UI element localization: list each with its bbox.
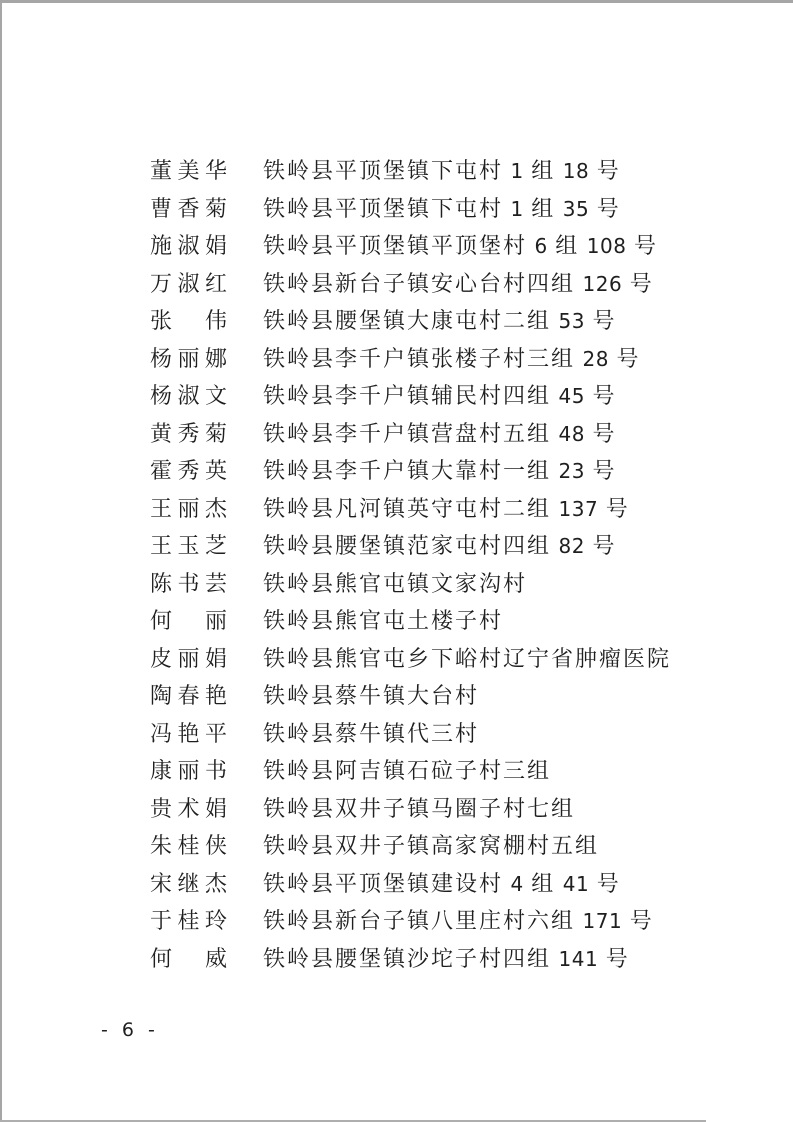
address-row: 皮丽娟铁岭县熊官屯乡下峪村辽宁省肿瘤医院	[150, 639, 710, 677]
address-row: 张 伟铁岭县腰堡镇大康屯村二组 53 号	[150, 301, 710, 339]
person-address: 铁岭县阿吉镇石砬子村三组	[263, 754, 551, 785]
person-name: 霍秀英	[150, 454, 263, 485]
person-name: 何 丽	[150, 604, 263, 635]
address-row: 冯艳平铁岭县蔡牛镇代三村	[150, 714, 710, 752]
person-address: 铁岭县蔡牛镇代三村	[263, 717, 479, 748]
address-row: 何 丽铁岭县熊官屯土楼子村	[150, 601, 710, 639]
address-row: 陈书芸铁岭县熊官屯镇文家沟村	[150, 564, 710, 602]
person-name: 杨淑文	[150, 379, 263, 410]
address-row: 霍秀英铁岭县李千户镇大靠村一组 23 号	[150, 451, 710, 489]
person-name: 万淑红	[150, 267, 263, 298]
document-page: 董美华铁岭县平顶堡镇下屯村 1 组 18 号曹香菊铁岭县平顶堡镇下屯村 1 组 …	[0, 0, 793, 1122]
person-name: 曹香菊	[150, 192, 263, 223]
address-row: 陶春艳铁岭县蔡牛镇大台村	[150, 676, 710, 714]
person-name: 施淑娟	[150, 229, 263, 260]
address-row: 王玉芝铁岭县腰堡镇范家屯村四组 82 号	[150, 526, 710, 564]
address-row: 施淑娟铁岭县平顶堡镇平顶堡村 6 组 108 号	[150, 226, 710, 264]
person-address: 铁岭县熊官屯镇文家沟村	[263, 567, 527, 598]
person-address: 铁岭县新台子镇八里庄村六组 171 号	[263, 904, 654, 935]
person-name: 陈书芸	[150, 567, 263, 598]
person-address: 铁岭县熊官屯乡下峪村辽宁省肿瘤医院	[263, 642, 671, 673]
person-address: 铁岭县双井子镇马圈子村七组	[263, 792, 575, 823]
person-address: 铁岭县熊官屯土楼子村	[263, 604, 503, 635]
address-row: 董美华铁岭县平顶堡镇下屯村 1 组 18 号	[150, 151, 710, 189]
address-row: 杨丽娜铁岭县李千户镇张楼子村三组 28 号	[150, 339, 710, 377]
person-name: 朱桂侠	[150, 829, 263, 860]
person-address: 铁岭县新台子镇安心台村四组 126 号	[263, 267, 654, 298]
person-address: 铁岭县双井子镇高家窝棚村五组	[263, 829, 599, 860]
person-address: 铁岭县李千户镇营盘村五组 48 号	[263, 417, 616, 448]
person-address: 铁岭县李千户镇张楼子村三组 28 号	[263, 342, 640, 373]
person-name: 陶春艳	[150, 679, 263, 710]
person-address: 铁岭县凡河镇英守屯村二组 137 号	[263, 492, 630, 523]
person-name: 黄秀菊	[150, 417, 263, 448]
page-edge-left	[0, 0, 2, 1122]
address-row: 贵术娟铁岭县双井子镇马圈子村七组	[150, 789, 710, 827]
person-name: 杨丽娜	[150, 342, 263, 373]
address-row: 王丽杰铁岭县凡河镇英守屯村二组 137 号	[150, 489, 710, 527]
person-address: 铁岭县蔡牛镇大台村	[263, 679, 479, 710]
page-number: - 6 -	[101, 1019, 159, 1041]
person-name: 贵术娟	[150, 792, 263, 823]
person-name: 皮丽娟	[150, 642, 263, 673]
person-address: 铁岭县李千户镇辅民村四组 45 号	[263, 379, 616, 410]
page-edge-top	[0, 0, 793, 3]
address-row: 万淑红铁岭县新台子镇安心台村四组 126 号	[150, 264, 710, 302]
person-address: 铁岭县腰堡镇范家屯村四组 82 号	[263, 529, 616, 560]
address-row: 黄秀菊铁岭县李千户镇营盘村五组 48 号	[150, 414, 710, 452]
person-name: 王玉芝	[150, 529, 263, 560]
person-address: 铁岭县腰堡镇沙坨子村四组 141 号	[263, 942, 630, 973]
person-name: 张 伟	[150, 304, 263, 335]
person-name: 于桂玲	[150, 904, 263, 935]
person-name: 康丽书	[150, 754, 263, 785]
address-row: 曹香菊铁岭县平顶堡镇下屯村 1 组 35 号	[150, 189, 710, 227]
person-name: 何 威	[150, 942, 263, 973]
address-row: 于桂玲铁岭县新台子镇八里庄村六组 171 号	[150, 901, 710, 939]
address-row: 杨淑文铁岭县李千户镇辅民村四组 45 号	[150, 376, 710, 414]
person-name: 冯艳平	[150, 717, 263, 748]
person-address: 铁岭县平顶堡镇建设村 4 组 41 号	[263, 867, 621, 898]
person-address: 铁岭县腰堡镇大康屯村二组 53 号	[263, 304, 616, 335]
address-row: 何 威铁岭县腰堡镇沙坨子村四组 141 号	[150, 939, 710, 977]
person-address: 铁岭县平顶堡镇下屯村 1 组 18 号	[263, 154, 621, 185]
person-address: 铁岭县李千户镇大靠村一组 23 号	[263, 454, 616, 485]
person-name: 王丽杰	[150, 492, 263, 523]
address-row: 宋继杰铁岭县平顶堡镇建设村 4 组 41 号	[150, 864, 710, 902]
address-list: 董美华铁岭县平顶堡镇下屯村 1 组 18 号曹香菊铁岭县平顶堡镇下屯村 1 组 …	[150, 151, 710, 976]
address-row: 朱桂侠铁岭县双井子镇高家窝棚村五组	[150, 826, 710, 864]
person-address: 铁岭县平顶堡镇平顶堡村 6 组 108 号	[263, 229, 658, 260]
person-name: 董美华	[150, 154, 263, 185]
address-row: 康丽书铁岭县阿吉镇石砬子村三组	[150, 751, 710, 789]
person-name: 宋继杰	[150, 867, 263, 898]
person-address: 铁岭县平顶堡镇下屯村 1 组 35 号	[263, 192, 621, 223]
